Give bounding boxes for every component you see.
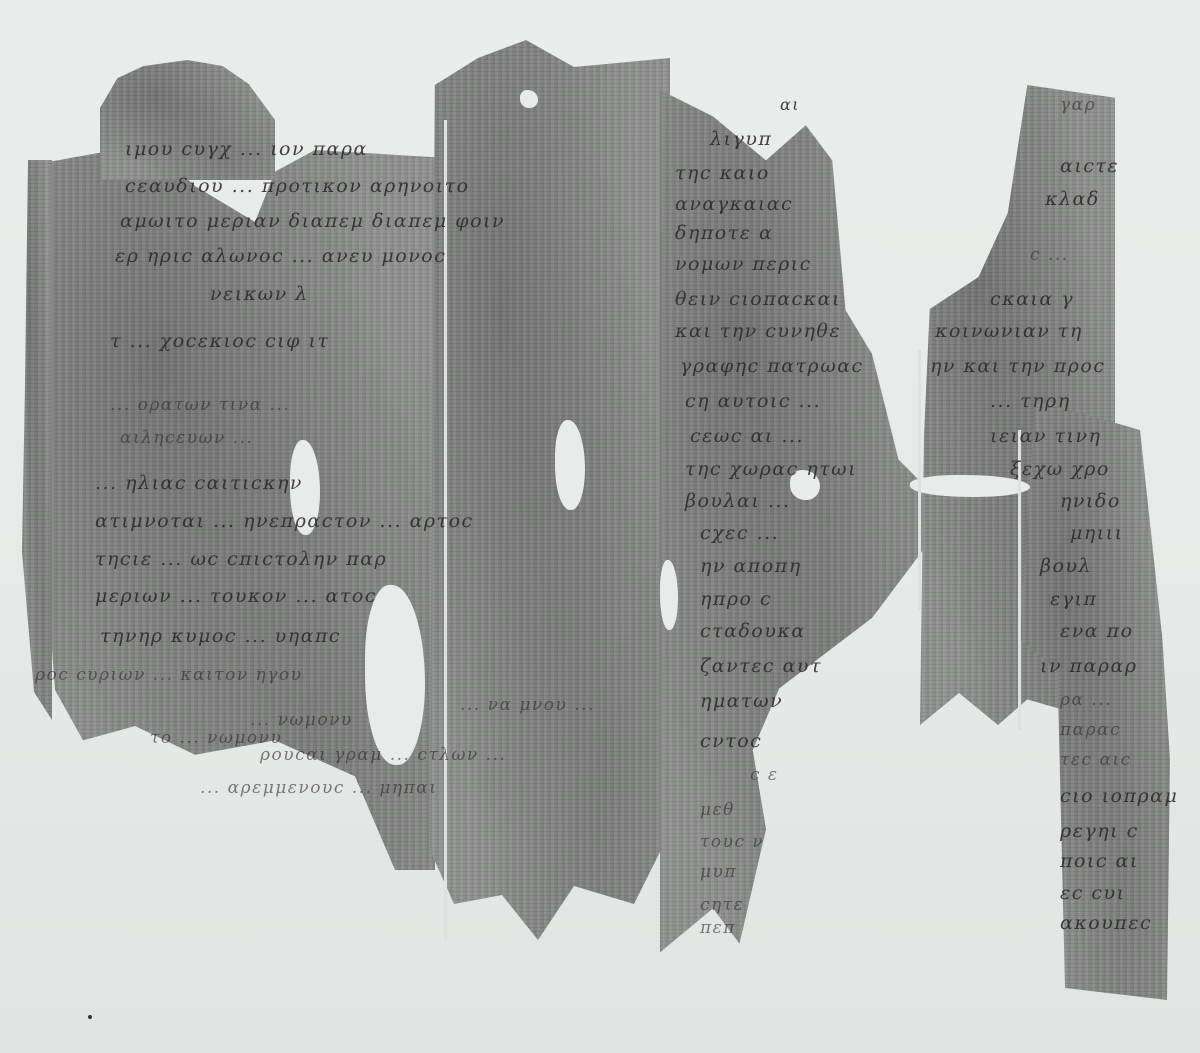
text-line: ενα πο [1060,620,1134,642]
text-line: λιγυπ [710,128,772,150]
text-line: εϲ ϲυι [1060,882,1126,904]
text-line: θειν ϲιοπαϲκαι [675,288,841,310]
text-line: τηνηρ κυμοϲ ... υηαπϲ [100,625,341,647]
text-line: ιμου ϲυγχ ... ιον παρα [125,138,368,160]
text-line: αιϲτε [1060,155,1119,177]
text-line: ερ ηριϲ αλωνοϲ ... ανευ μονοϲ [115,245,446,267]
papyrus-fragment-left-edge [22,160,52,720]
text-line: ... ηλιαϲ ϲαιτιϲκην [95,472,303,494]
text-line: ιν παραρ [1040,655,1138,677]
text-line: ηπρο ϲ [700,588,772,610]
text-line: βουλαι ... [685,490,790,512]
text-line: ... τηρη [990,390,1071,412]
text-line: μυπ [700,862,737,882]
text-line: ατιμνοται ... ηνεπραϲτον ... αρτοϲ [95,510,474,532]
text-line: ϲιο ιοπραμ [1060,785,1178,807]
text-line: ποιϲ αι [1060,850,1139,872]
text-line: ηματων [700,690,783,712]
text-line: δηποτε α [675,222,773,244]
text-line: ην αποπη [700,555,802,577]
text-line: ... νωμονυ [250,710,353,730]
text-line: ϲταδουκα [700,620,806,642]
text-line: τουϲ ν [700,832,764,852]
text-line: ... αρεμμενουϲ ... μηπαι [200,778,437,798]
text-line: ρεγηι ϲ [1060,820,1139,842]
text-line: τηϲ καιο [675,162,770,184]
text-line: τηϲ χωραϲ ητωι [685,458,857,480]
text-line: παραϲ [1060,720,1121,740]
text-line: ... να μνου ... [460,695,595,715]
text-line: γραφηϲ πατρωαϲ [680,355,864,377]
text-line: μεθ [700,800,735,820]
text-line: ακουπεϲ [1060,912,1152,934]
text-line: αναγκαιαϲ [675,193,793,215]
text-line: ζαντεϲ αυτ [700,655,822,677]
text-line: ρα ... [1060,690,1112,710]
text-line: αι [780,95,800,114]
text-line: μηιιι [1070,522,1124,544]
text-line: μεριων ... τουκον ... ατοϲ [95,585,377,607]
text-line: ... ορατων τινα ... [110,395,290,415]
text-line: ροϲ ϲυριων ... καιτον ηγου [35,665,302,685]
text-line: εγιπ [1050,588,1098,610]
text-line: ϲχεϲ ... [700,522,779,544]
text-line: βουλ [1040,555,1092,577]
text-line: ϲ ε [750,765,779,785]
text-line: ϲη αυτοιϲ ... [685,390,821,412]
text-line: αμωιτο μεριαν διαπεμ διαπεμ φοιν [120,210,505,232]
text-line: αιληϲευων ... [120,428,253,448]
text-line: κλαδ [1045,188,1100,210]
text-line: ηνιδο [1060,490,1121,512]
ink-speck [88,1015,92,1019]
text-line: νεικων λ [210,283,309,305]
text-line: ϲντοϲ [700,730,762,752]
photograph-background: ιμου ϲυγχ ... ιον παρα ϲεαυδιου ... προτ… [0,0,1200,1053]
text-line: κοινωνιαν τη [935,320,1083,342]
text-line: τηϲιε ... ωϲ ϲπιϲτολην παρ [95,548,387,570]
text-line: ην και την προϲ [930,355,1105,377]
text-line: ϲεαυδιου ... προτικον αρηνοιτο [125,175,470,197]
text-line: ϲ ... [1030,245,1069,265]
text-line: ξεχω χρο [1010,458,1110,480]
text-line: ιειαν τινη [990,425,1101,447]
text-line: ρουϲαι γραμ ... ϲτλων ... [260,745,506,765]
text-line: ϲκαια γ [990,288,1074,310]
text-line: ϲητε [700,895,744,915]
papyrus-fragment-left-top [100,60,275,180]
text-line: πεπ [700,918,736,938]
text-line: τ ... χοϲεκιοϲ ϲιφ ιτ [110,330,329,352]
lacuna [520,90,538,108]
papyrus-seam [918,350,921,610]
text-line: και την ϲυνηθε [675,320,841,342]
text-line: ϲεωϲ αι ... [690,425,804,447]
text-line: νομων περιϲ [675,253,812,275]
text-line: γαρ [1060,95,1096,115]
